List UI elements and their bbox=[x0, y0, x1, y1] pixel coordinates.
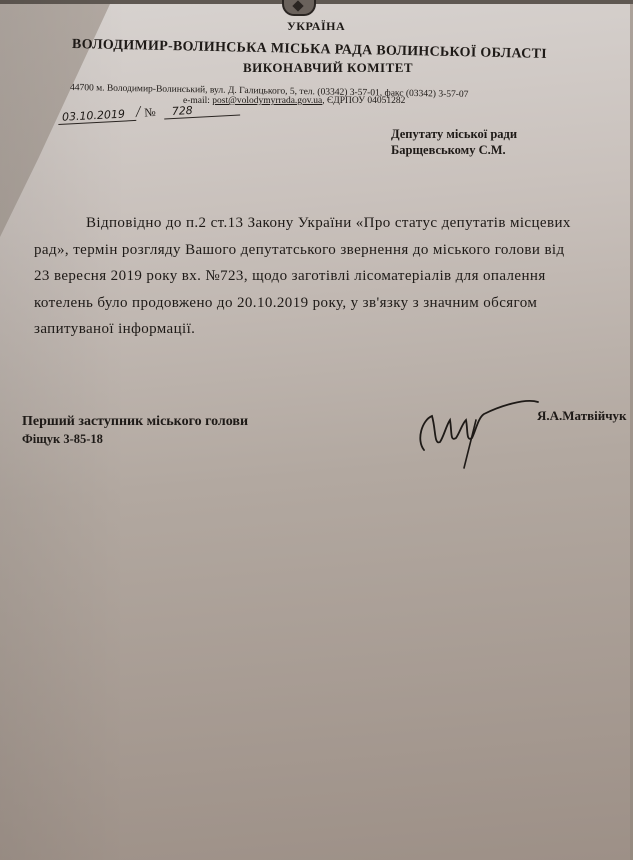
recipient-block: Депутату міської ради Барщевському С.М. bbox=[391, 126, 517, 158]
body-line: запитуваної інформації. bbox=[34, 316, 633, 343]
outgoing-reference: 03.10.2019/№728 bbox=[58, 98, 241, 125]
number-label: № bbox=[144, 105, 156, 120]
signatory-title: Перший заступник міського голови bbox=[22, 414, 248, 430]
body-line: рад», термін розгляду Вашого депутатсько… bbox=[34, 237, 633, 264]
official-letter: УКРАЇНА ВОЛОДИМИР-ВОЛИНСЬКА МІСЬКА РАДА … bbox=[0, 0, 633, 860]
recipient-position: Депутату міської ради bbox=[391, 126, 517, 142]
recipient-name: Барщевському С.М. bbox=[391, 142, 517, 158]
letterhead-country: УКРАЇНА bbox=[287, 19, 345, 34]
coat-of-arms-icon bbox=[282, 0, 316, 16]
executor-contact: Фіщук 3-85-18 bbox=[22, 432, 103, 447]
outgoing-date: 03.10.2019 bbox=[58, 107, 137, 125]
handwritten-signature-icon bbox=[410, 390, 550, 470]
outgoing-number: 728 bbox=[163, 101, 240, 119]
edrpou-code: , ЄДРПОУ 04051282 bbox=[322, 96, 405, 106]
body-line: 23 вересня 2019 року вх. №723, щодо заго… bbox=[34, 263, 633, 290]
body-line: котелень було продовжено до 20.10.2019 р… bbox=[34, 290, 633, 317]
signatory-name: Я.А.Матвійчук bbox=[537, 408, 627, 424]
body-line: Відповідно до п.2 ст.13 Закону України «… bbox=[34, 210, 633, 237]
slash-mark: / bbox=[135, 104, 140, 121]
letter-body: Відповідно до п.2 ст.13 Закону України «… bbox=[34, 210, 633, 343]
letterhead-committee: ВИКОНАВЧИЙ КОМІТЕТ bbox=[243, 60, 413, 76]
